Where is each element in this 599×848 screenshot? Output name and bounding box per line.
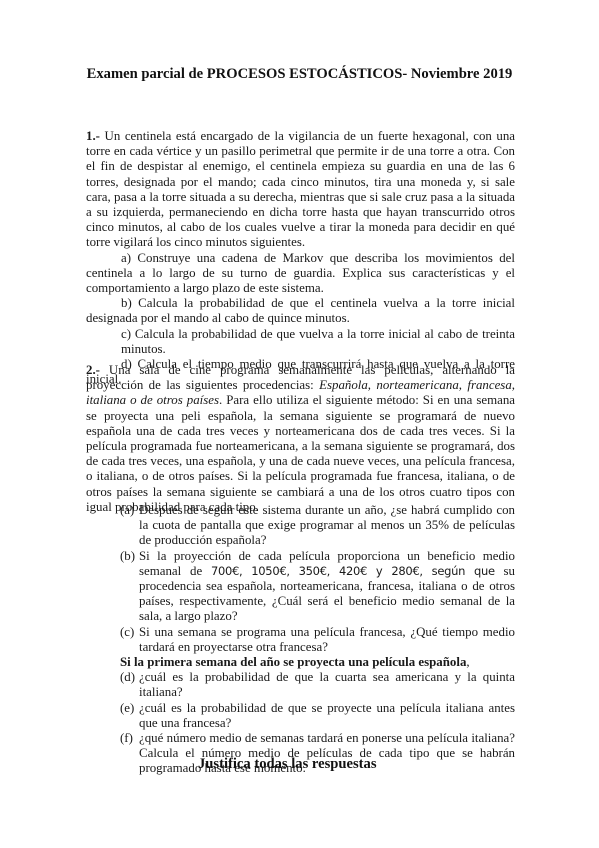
- question-2-number: 2.-: [86, 363, 100, 377]
- question-1: 1.- Un centinela está encargado de la vi…: [86, 129, 515, 387]
- instructions-footer: Justifica todas las respuestas: [198, 755, 377, 773]
- exam-title: Examen parcial de PROCESOS ESTOCÁSTICOS-…: [0, 65, 599, 83]
- question-1-part-a: a) Construye una cadena de Markov que de…: [86, 251, 515, 297]
- question-2-condition: Si la primera semana del año se proyecta…: [120, 655, 515, 670]
- question-2-part-d: (d) ¿cuál es la probabilidad de que la c…: [120, 670, 515, 700]
- question-2-part-e: (e) ¿cuál es la probabilidad de que se p…: [120, 701, 515, 731]
- question-2-part-b: (b) Si la proyección de cada película pr…: [120, 549, 515, 625]
- question-2-statement: 2.- Una sala de cine programa semanalmen…: [86, 363, 515, 515]
- exam-page: Examen parcial de PROCESOS ESTOCÁSTICOS-…: [0, 0, 599, 848]
- benefit-values: 700€, 1050€, 350€, 420€ y 280€, según qu…: [211, 564, 495, 578]
- question-1-number: 1.-: [86, 129, 100, 143]
- question-2: 2.- Una sala de cine programa semanalmen…: [86, 363, 515, 515]
- question-1-part-c: c) Calcula la probabilidad de que vuelva…: [86, 327, 515, 357]
- question-2-part-a: (a) Después de seguir este sistema duran…: [120, 503, 515, 549]
- question-2-parts: (a) Después de seguir este sistema duran…: [120, 503, 515, 777]
- question-1-statement: 1.- Un centinela está encargado de la vi…: [86, 129, 515, 251]
- question-2-part-c: (c) Si una semana se programa una pelícu…: [120, 625, 515, 655]
- question-1-part-b: b) Calcula la probabilidad de que el cen…: [86, 296, 515, 326]
